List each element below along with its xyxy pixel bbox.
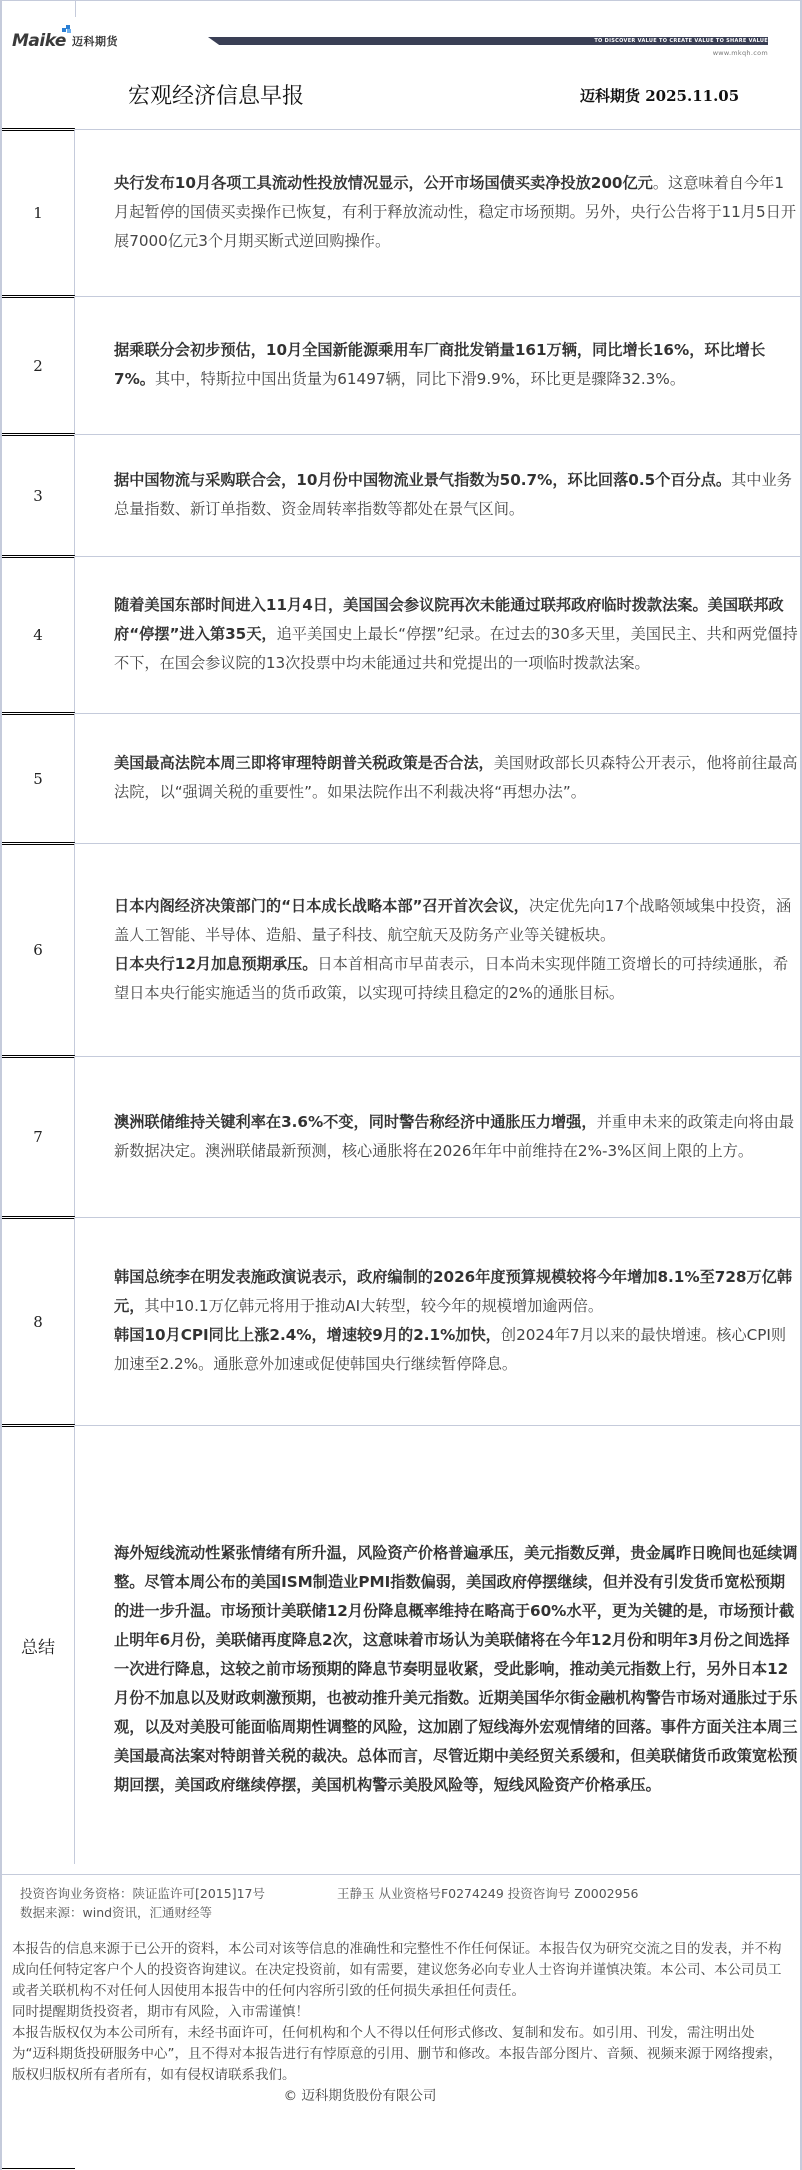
report-page: Maike 迈科期货 TO DISCOVER VALUE TO CREATE V… <box>0 0 802 2170</box>
news-row-5: 5 美国最高法院本周三即将审理特朗普关税政策是否合法，美国财政部长贝森特公开表示… <box>2 712 802 842</box>
news-headline: 美国最高法院本周三即将审理特朗普关税政策是否合法， <box>114 754 494 772</box>
logo-wordmark: Maike <box>12 31 66 51</box>
news-row-3: 3 据中国物流与采购联合会，10月份中国物流业景气指数为50.7%，环比回落0.… <box>2 433 802 555</box>
company-slogan: TO DISCOVER VALUE TO CREATE VALUE TO SHA… <box>594 38 768 44</box>
news-content: 据乘联分会初步预估，10月全国新能源乘用车厂商批发销量161万辆，同比增长16%… <box>75 296 802 433</box>
news-row-4: 4 随着美国东部时间进入11月4日，美国国会参议院再次未能通过联邦政府临时拨款法… <box>2 555 802 712</box>
disclaimer-paragraph: 本报告的信息来源于已公开的资料，本公司对该等信息的准确性和完整性不作任何保证。本… <box>12 1939 788 2002</box>
news-content: 央行发布10月各项工具流动性投放情况显示，公开市场国债买卖净投放200亿元。这意… <box>75 129 802 295</box>
news-row-2: 2 据乘联分会初步预估，10月全国新能源乘用车厂商批发销量161万辆，同比增长1… <box>2 295 802 433</box>
row-number: 6 <box>2 842 75 1055</box>
page-title: 宏观经济信息早报 <box>128 79 304 110</box>
news-headline: 韩国10月CPI同比上涨2.4%，增速较9月的2.1%加快， <box>114 1326 501 1344</box>
analyst-info: 王静玉 从业资格号F0274249 投资咨询号 Z0002956 <box>337 1884 639 1903</box>
row-number: 1 <box>2 128 75 295</box>
company-url: www.mkqh.com <box>713 49 768 57</box>
row-number: 3 <box>2 433 75 555</box>
copyright-notice: 本报告版权仅为本公司所有，未经书面许可，任何机构和个人不得以任何形式修改、复制和… <box>12 2023 788 2086</box>
row-number: 2 <box>2 295 75 433</box>
news-content: 据中国物流与采购联合会，10月份中国物流业景气指数为50.7%，环比回落0.5个… <box>75 434 802 555</box>
news-row-8: 8 韩国总统李在明发表施政演说表示，政府编制的2026年度预算规模较将今年增加8… <box>2 1216 802 1424</box>
summary-content: 海外短线流动性紧张情绪有所升温，风险资产价格普遍承压，美元指数反弹，贵金属昨日晚… <box>75 1425 802 1864</box>
report-footer-info: 投资咨询业务资格：陕证监许可[2015]17号 王静玉 从业资格号F027424… <box>2 1874 802 1922</box>
news-row-7: 7 澳洲联储维持关键利率在3.6%不变，同时警告称经济中通胀压力增强，并重申未来… <box>2 1055 802 1216</box>
header-divider <box>75 1 76 17</box>
news-row-6: 6 日本内阁经济决策部门的“日本成长战略本部”召开首次会议，决定优先向17个战略… <box>2 842 802 1055</box>
copyright-line: © 迈科期货股份有限公司 <box>12 2086 788 2107</box>
summary-label: 总结 <box>2 1424 75 1864</box>
row-number: 4 <box>2 555 75 712</box>
publisher-date: 迈科期货 2025.11.05 <box>580 85 739 106</box>
qualification-text: 投资咨询业务资格：陕证监许可[2015]17号 <box>20 1884 265 1903</box>
report-header: Maike 迈科期货 TO DISCOVER VALUE TO CREATE V… <box>2 1 802 128</box>
news-headline: 日本央行12月加息预期承压。 <box>114 955 317 973</box>
row-number: 7 <box>2 1055 75 1216</box>
news-content: 随着美国东部时间进入11月4日，美国国会参议院再次未能通过联邦政府临时拨款法案。… <box>75 556 802 712</box>
news-content: 日本内阁经济决策部门的“日本成长战略本部”召开首次会议，决定优先向17个战略领域… <box>75 843 802 1055</box>
logo-dots-icon <box>58 24 72 32</box>
news-content: 美国最高法院本周三即将审理特朗普关税政策是否合法，美国财政部长贝森特公开表示，他… <box>75 713 802 842</box>
row-number: 8 <box>2 1216 75 1424</box>
summary-row: 总结 海外短线流动性紧张情绪有所升温，风险资产价格普遍承压，美元指数反弹，贵金属… <box>2 1424 802 1864</box>
news-content: 韩国总统李在明发表施政演说表示，政府编制的2026年度预算规模较将今年增加8.1… <box>75 1217 802 1424</box>
risk-warning: 同时提醒期货投资者，期市有风险，入市需谨慎！ <box>12 2002 788 2023</box>
disclaimer: 本报告的信息来源于已公开的资料，本公司对该等信息的准确性和完整性不作任何保证。本… <box>2 1939 802 2107</box>
news-headline: 日本内阁经济决策部门的“日本成长战略本部”召开首次会议， <box>114 897 529 915</box>
news-headline: 据中国物流与采购联合会，10月份中国物流业景气指数为50.7%，环比回落0.5个… <box>114 471 731 489</box>
logo-chinese-name: 迈科期货 <box>72 33 118 49</box>
news-table: 1 央行发布10月各项工具流动性投放情况显示，公开市场国债买卖净投放200亿元。… <box>2 128 802 1864</box>
row-number: 5 <box>2 712 75 842</box>
news-body: 其中，特斯拉中国出货量为61497辆，同比下滑9.9%，环比更是骤降32.3%。 <box>155 370 685 388</box>
data-source: 数据来源：wind资讯，汇通财经等 <box>20 1903 788 1922</box>
summary-text: 海外短线流动性紧张情绪有所升温，风险资产价格普遍承压，美元指数反弹，贵金属昨日晚… <box>114 1539 798 1800</box>
news-body: 其中10.1万亿韩元将用于推动AI大转型，较今年的规模增加逾两倍。 <box>144 1297 603 1315</box>
company-logo: Maike 迈科期货 <box>12 31 118 51</box>
news-headline: 澳洲联储维持关键利率在3.6%不变，同时警告称经济中通胀压力增强， <box>114 1113 597 1131</box>
news-content: 澳洲联储维持关键利率在3.6%不变，同时警告称经济中通胀压力增强，并重申未来的政… <box>75 1056 802 1216</box>
news-row-1: 1 央行发布10月各项工具流动性投放情况显示，公开市场国债买卖净投放200亿元。… <box>2 128 802 295</box>
news-headline: 央行发布10月各项工具流动性投放情况显示，公开市场国债买卖净投放200亿元 <box>114 174 653 192</box>
